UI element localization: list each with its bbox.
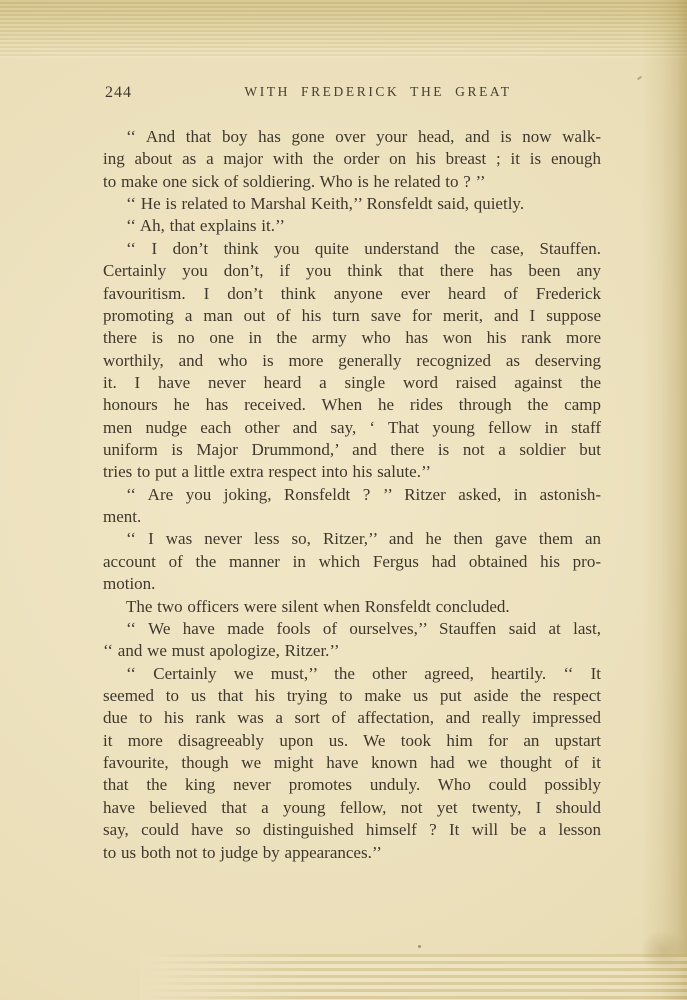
text-line: ‘‘ Certainly we must,’’ the other agreed… bbox=[103, 663, 601, 685]
text-line: favourite, though we might have known ha… bbox=[103, 752, 601, 774]
running-head-title: WITH FREDERICK THE GREAT bbox=[103, 84, 601, 100]
text-line: ing about as a major with the order on h… bbox=[103, 148, 601, 170]
text-line: say, could have so distinguished himself… bbox=[103, 819, 601, 841]
text-line: honours he has received. When he rides t… bbox=[103, 394, 601, 416]
page-top-edge-shadow bbox=[0, 0, 687, 58]
text-line: seemed to us that his trying to make us … bbox=[103, 685, 601, 707]
text-block: ‘‘ And that boy has gone over your head,… bbox=[103, 126, 601, 864]
text-line: account of the manner in which Fergus ha… bbox=[103, 551, 601, 573]
text-line: ‘‘ I was never less so, Ritzer,’’ and he… bbox=[103, 528, 601, 550]
text-line: ‘‘ He is related to Marshal Keith,’’ Ron… bbox=[103, 193, 601, 215]
page-bottom-edge-streaks bbox=[140, 954, 687, 1000]
paragraph: ‘‘ He is related to Marshal Keith,’’ Ron… bbox=[103, 193, 601, 215]
text-line: have believed that a young fellow, not y… bbox=[103, 797, 601, 819]
book-page-scan: 244 WITH FREDERICK THE GREAT ‘‘ And that… bbox=[0, 0, 687, 1000]
text-line: tries to put a little extra respect into… bbox=[103, 461, 601, 483]
text-line: ‘‘ We have made fools of ourselves,’’ St… bbox=[103, 618, 601, 640]
page-right-edge-shadow bbox=[641, 0, 687, 1000]
text-line: it more disagreeably upon us. We took hi… bbox=[103, 730, 601, 752]
text-line: Certainly you don’t, if you think that t… bbox=[103, 260, 601, 282]
text-line: worthily, and who is more generally reco… bbox=[103, 350, 601, 372]
paragraph: ‘‘ I don’t think you quite understand th… bbox=[103, 238, 601, 484]
paragraph: ‘‘ I was never less so, Ritzer,’’ and he… bbox=[103, 528, 601, 595]
paragraph: ‘‘ Certainly we must,’’ the other agreed… bbox=[103, 663, 601, 864]
ink-speck bbox=[418, 945, 421, 948]
paragraph: ‘‘ We have made fools of ourselves,’’ St… bbox=[103, 618, 601, 663]
paragraph: The two officers were silent when Ronsfe… bbox=[103, 596, 601, 618]
text-line: ‘‘ And that boy has gone over your head,… bbox=[103, 126, 601, 148]
text-line: promoting a man out of his turn save for… bbox=[103, 305, 601, 327]
text-line: favouritism. I don’t think anyone ever h… bbox=[103, 283, 601, 305]
page-number: 244 bbox=[105, 84, 132, 102]
text-line: ment. bbox=[103, 506, 601, 528]
text-line: men nudge each other and say, ‘ That you… bbox=[103, 417, 601, 439]
text-line: it. I have never heard a single word rai… bbox=[103, 372, 601, 394]
text-line: The two officers were silent when Ronsfe… bbox=[103, 596, 601, 618]
paragraph: ‘‘ Ah, that explains it.’’ bbox=[103, 215, 601, 237]
text-line: motion. bbox=[103, 573, 601, 595]
text-line: uniform is Major Drummond,’ and there is… bbox=[103, 439, 601, 461]
text-line: ‘‘ and we must apologize, Ritzer.’’ bbox=[103, 640, 601, 662]
paragraph: ‘‘ Are you joking, Ronsfeldt ? ’’ Ritzer… bbox=[103, 484, 601, 529]
text-line: ‘‘ Ah, that explains it.’’ bbox=[103, 215, 601, 237]
text-line: to make one sick of soldiering. Who is h… bbox=[103, 171, 601, 193]
text-line: that the king never promotes unduly. Who… bbox=[103, 774, 601, 796]
page-header: 244 WITH FREDERICK THE GREAT bbox=[103, 84, 601, 104]
text-line: ‘‘ I don’t think you quite understand th… bbox=[103, 238, 601, 260]
paragraph: ‘‘ And that boy has gone over your head,… bbox=[103, 126, 601, 193]
text-line: there is no one in the army who has won … bbox=[103, 327, 601, 349]
text-line: to us both not to judge by appearances.’… bbox=[103, 842, 601, 864]
text-line: due to his rank was a sort of affectatio… bbox=[103, 707, 601, 729]
paper-stain bbox=[640, 930, 686, 972]
text-line: ‘‘ Are you joking, Ronsfeldt ? ’’ Ritzer… bbox=[103, 484, 601, 506]
